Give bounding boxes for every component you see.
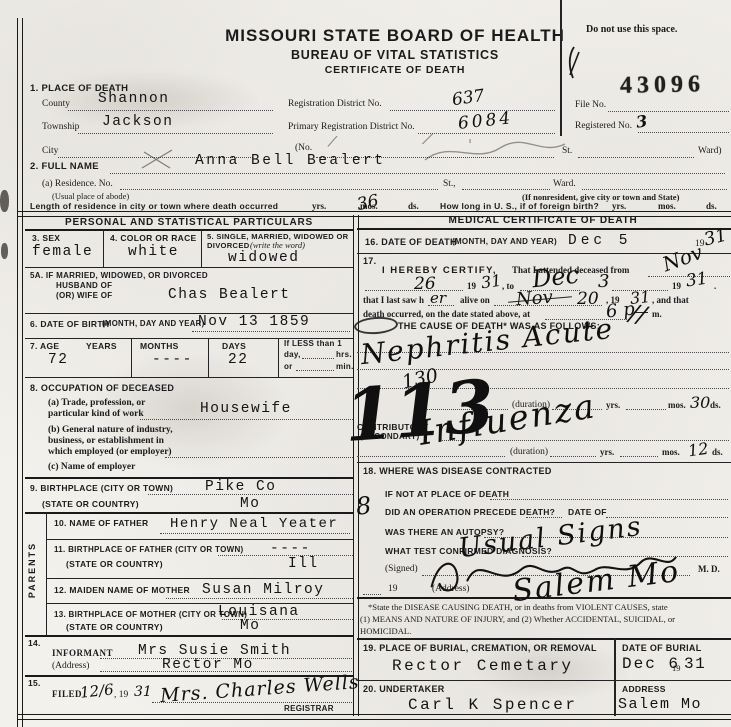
- not-at-place-line: [490, 499, 728, 500]
- mother-name-value: Susan Milroy: [202, 582, 324, 598]
- length-residence-label: Length of residence in city or town wher…: [30, 201, 278, 211]
- line: [357, 638, 731, 640]
- cell-divider: [131, 338, 132, 377]
- days-label: DAYS: [222, 341, 246, 351]
- ink-oval-scrawl: [353, 315, 398, 335]
- line: [25, 477, 353, 479]
- not-at-place-label: IF NOT AT PLACE OF DEATH: [385, 489, 509, 499]
- line: [46, 578, 353, 579]
- ds-label: ds.: [706, 201, 717, 211]
- burial-year-value: 31: [684, 655, 706, 673]
- do-not-use-note: Do not use this space.: [586, 24, 677, 35]
- hw-duration1-value: 30: [690, 393, 710, 412]
- hw-duration2-value: 12: [687, 439, 710, 461]
- mother-bp-state-value: Mo: [240, 618, 260, 634]
- residence-st-label: St.,: [443, 179, 456, 189]
- abode-note: (Usual place of abode): [52, 191, 129, 201]
- file-no-line: [608, 111, 729, 112]
- occupation-b-line: [165, 457, 353, 458]
- duration2-lead-line: [357, 456, 505, 457]
- birth-date-label: 6. DATE OF BIRTH: [30, 319, 109, 329]
- spouse-label2: HUSBAND OF: [56, 281, 112, 290]
- sex-value: female: [32, 244, 93, 260]
- marital-value: widowed: [228, 250, 299, 266]
- informant-number: 14.: [28, 638, 41, 648]
- township-value: Jackson: [102, 114, 173, 130]
- birthplace-value: Pike Co: [205, 479, 276, 495]
- md-label: M. D.: [698, 564, 720, 574]
- cell-divider: [201, 229, 202, 267]
- ds-label: ds.: [408, 201, 419, 211]
- years-label: YEARS: [86, 341, 117, 351]
- registrar-label: REGISTRAR: [284, 704, 334, 713]
- informant-address-line: [100, 671, 352, 672]
- saw-label: that I last saw h: [363, 295, 424, 305]
- hw-saw: er: [430, 289, 446, 307]
- registrar-line: [152, 702, 352, 703]
- age-value: 72: [48, 352, 68, 368]
- spouse-label: 5A. IF MARRIED, WIDOWED, OR DIVORCED: [30, 271, 208, 280]
- m-label: m.: [652, 309, 662, 319]
- year2-printed: 19: [672, 281, 681, 291]
- duration1-mos: mos.: [668, 400, 686, 410]
- occupation-b1: (b) General nature of industry,: [48, 425, 173, 435]
- duration2-label: (duration): [510, 447, 548, 457]
- burial-cell-divider: [614, 638, 616, 716]
- birth-date-value: Nov 13 1859: [198, 314, 310, 330]
- duration2-yrs: yrs.: [600, 447, 614, 457]
- duration1-ds: ds.: [710, 400, 721, 410]
- hw-year2: 31: [685, 269, 709, 292]
- left-border: [17, 18, 23, 727]
- father-bp-label: 11. BIRTHPLACE OF FATHER (CITY OR TOWN): [54, 545, 244, 554]
- township-line: [78, 133, 273, 134]
- footnote-line3: HOMICIDAL.: [360, 626, 411, 636]
- birthplace-label: 9. BIRTHPLACE (CITY OR TOWN): [30, 483, 173, 493]
- cell-divider: [278, 338, 279, 377]
- father-name-value: Henry Neal Yeater: [170, 516, 338, 532]
- residence-label: (a) Residence. No.: [42, 179, 113, 189]
- father-bp-value: ----: [270, 541, 311, 557]
- city-no-label: (No.: [295, 143, 312, 153]
- hw-code-113: 113: [341, 363, 497, 458]
- filed-year-printed: , 19: [114, 690, 128, 700]
- months-label: MONTHS: [140, 341, 179, 351]
- signed-label: (Signed): [385, 564, 418, 574]
- duration2-ds: ds.: [712, 447, 723, 457]
- occupation-value: Housewife: [200, 401, 292, 417]
- death-date-value: Dec 5: [568, 233, 632, 249]
- race-value: white: [128, 244, 179, 260]
- marital-label2: DIVORCED: [207, 241, 249, 250]
- county-line: [68, 110, 273, 111]
- certificate-subtitle: CERTIFICATE OF DEATH: [225, 64, 565, 76]
- informant-label: INFORMANT: [52, 648, 113, 658]
- city-st-line: [578, 157, 694, 158]
- margin-ink-blob: [0, 190, 9, 212]
- disease-contracted-label: 18. WHERE WAS DISEASE CONTRACTED: [363, 466, 552, 476]
- filed-label: FILED: [52, 689, 82, 699]
- line: [357, 680, 731, 681]
- undertaker-address-value: Salem Mo: [618, 696, 702, 713]
- line: [25, 229, 353, 231]
- occupation-a1: (a) Trade, profession, or: [48, 398, 145, 408]
- occupation-b3: which employed (or employer): [48, 447, 172, 457]
- footnote-line2: (1) MEANS AND NATURE OF INJURY, and (2) …: [360, 614, 675, 624]
- marital-note: (write the word): [250, 240, 305, 250]
- occupation-a2: particular kind of work: [48, 409, 144, 419]
- and-that-label: , and that: [652, 295, 689, 305]
- mother-name-label: 12. MAIDEN NAME OF MOTHER: [54, 585, 190, 595]
- line: [25, 512, 353, 514]
- primary-district-line: [418, 133, 555, 134]
- occupation-label: 8. OCCUPATION OF DECEASED: [30, 383, 174, 393]
- parents-side-label: PARENTS: [27, 512, 37, 628]
- age-label: 7. AGE: [30, 341, 59, 351]
- less-than-day: day,: [284, 350, 301, 359]
- duration1-line3: [626, 409, 666, 410]
- duration2-line3: [620, 456, 658, 457]
- line: [25, 267, 353, 268]
- birth-date-line: [192, 331, 350, 332]
- hw-to-day: 3: [598, 271, 609, 292]
- stray-ink-cross: [140, 148, 174, 170]
- to-label: , to: [502, 281, 514, 291]
- min-label: min.: [336, 362, 354, 371]
- year-19-label: 19: [388, 584, 398, 594]
- spouse-value: Chas Bealert: [168, 287, 290, 303]
- bottom-rule: [17, 714, 731, 720]
- less-than-label: If LESS than 1: [284, 339, 342, 348]
- full-name-line: [110, 173, 725, 174]
- days-value: 22: [228, 352, 248, 368]
- stray-ink-mark: /: [328, 132, 337, 151]
- certificate-page: MISSOURI STATE BOARD OF HEALTH BUREAU OF…: [0, 0, 731, 727]
- reg-district-line: [390, 110, 555, 111]
- duration2-line2: [550, 456, 596, 457]
- county-label: County: [42, 99, 70, 109]
- line: [46, 603, 353, 604]
- township-label: Township: [42, 122, 79, 132]
- min-line: [296, 370, 334, 371]
- or-label: or: [284, 362, 293, 371]
- bureau-subtitle: BUREAU OF VITAL STATISTICS: [225, 48, 565, 62]
- parents-strip-divider: [46, 512, 47, 635]
- burial-date-label: DATE OF BURIAL: [622, 643, 702, 653]
- primary-district-label: Primary Registration District No.: [288, 122, 415, 132]
- death-date-year-handwriting: 31: [702, 225, 729, 251]
- operation-line: [526, 517, 562, 518]
- undertaker-value: Carl K Spencer: [408, 696, 577, 714]
- alive-label: alive on: [460, 295, 490, 305]
- burial-place-label: 19. PLACE OF BURIAL, CREMATION, OR REMOV…: [363, 643, 597, 653]
- certify-number: 17.: [363, 256, 376, 266]
- residence-ward-label: Ward.: [553, 179, 576, 189]
- birthplace-state-value: Mo: [240, 496, 260, 512]
- father-name-line: [160, 533, 350, 534]
- hw-margin-8: 8: [355, 491, 373, 520]
- file-no-label: File No.: [575, 100, 606, 110]
- column-divider: [353, 215, 359, 716]
- spouse-label3: (OR) WIFE OF: [56, 291, 112, 300]
- sex-label: 3. SEX: [32, 233, 60, 243]
- margin-ink-blob: [1, 243, 8, 259]
- line: [357, 228, 731, 230]
- father-name-label: 10. NAME OF FATHER: [54, 518, 149, 528]
- year-19-line: [363, 594, 381, 595]
- filed-number: 15.: [28, 678, 41, 688]
- residence-line: [120, 189, 438, 190]
- left-column-header: PERSONAL AND STATISTICAL PARTICULARS: [25, 217, 353, 228]
- yrs-label: yrs.: [612, 201, 626, 211]
- hw-alive-day: 20: [577, 289, 599, 309]
- hrs-line: [302, 358, 334, 359]
- mos-label: mos.: [658, 201, 676, 211]
- occupation-a-line: [140, 419, 353, 420]
- birth-date-paren: (MONTH, DAY AND YEAR): [102, 319, 204, 328]
- father-bp-state-value: Ill: [288, 556, 319, 572]
- city-label: City: [42, 146, 58, 156]
- certify-period: .: [714, 281, 716, 291]
- filed-date-handwriting: 12/6: [79, 680, 114, 701]
- line: [46, 539, 353, 540]
- cell-divider: [208, 338, 209, 377]
- residence-st-line: [462, 189, 550, 190]
- death-date-paren: (MONTH, DAY AND YEAR): [452, 237, 557, 246]
- registered-no-label: Registered No.: [575, 121, 632, 131]
- birthplace-state-label: (STATE OR COUNTRY): [42, 499, 139, 509]
- cell-divider: [103, 229, 104, 267]
- hrs-label: hrs.: [336, 350, 352, 359]
- yrs-label: yrs.: [312, 201, 326, 211]
- race-label: 4. COLOR OR RACE: [110, 233, 197, 243]
- board-title: MISSOURI STATE BOARD OF HEALTH: [225, 26, 565, 46]
- primary-district-value: 6084: [457, 108, 514, 134]
- undertaker-label: 20. UNDERTAKER: [363, 684, 445, 694]
- hw-year1: 31: [480, 271, 503, 293]
- occupation-c: (c) Name of employer: [48, 462, 135, 472]
- line: [25, 377, 353, 378]
- burial-place-value: Rector Cemetary: [392, 657, 574, 675]
- file-number-stamp: 43096: [620, 71, 705, 99]
- mother-bp-state-label: (STATE OR COUNTRY): [66, 622, 163, 632]
- residence-ward-line: [582, 189, 727, 190]
- father-bp-state-label: (STATE OR COUNTRY): [66, 559, 163, 569]
- operation-label: DID AN OPERATION PRECEDE DEATH?: [385, 507, 555, 517]
- year1-printed: 19: [467, 281, 476, 291]
- occupation-b2: business, or establishment in: [48, 436, 164, 446]
- undertaker-address-label: ADDRESS: [622, 684, 666, 694]
- months-value: ----: [152, 352, 193, 368]
- city-ward-label: Ward): [698, 146, 722, 156]
- full-name-label: 2. FULL NAME: [30, 161, 99, 172]
- registered-no-line: [638, 132, 729, 133]
- stray-ink-swirl: [420, 138, 570, 166]
- line: [25, 635, 353, 637]
- registered-no-value: 3: [635, 111, 649, 131]
- duration2-mos: mos.: [662, 447, 680, 457]
- howlong-label: How long in U. S., if of foreign birth?: [440, 201, 599, 211]
- full-name-value: Anna Bell Bealert: [195, 153, 385, 169]
- reg-district-value: 637: [451, 86, 486, 110]
- informant-address-label: (Address): [52, 661, 89, 671]
- check-scrawl: [562, 44, 584, 82]
- county-value: Shannon: [98, 91, 169, 107]
- mother-name-line: [166, 598, 353, 599]
- line: [357, 462, 731, 463]
- burial-year-printed: 19: [672, 663, 681, 673]
- right-column-header: MEDICAL CERTIFICATE OF DEATH: [365, 215, 721, 226]
- death-date-label: 16. DATE OF DEATH: [365, 237, 457, 247]
- reg-district-label: Registration District No.: [288, 99, 382, 109]
- duration1-yrs: yrs.: [606, 400, 620, 410]
- filed-year-handwriting: 31: [134, 684, 152, 700]
